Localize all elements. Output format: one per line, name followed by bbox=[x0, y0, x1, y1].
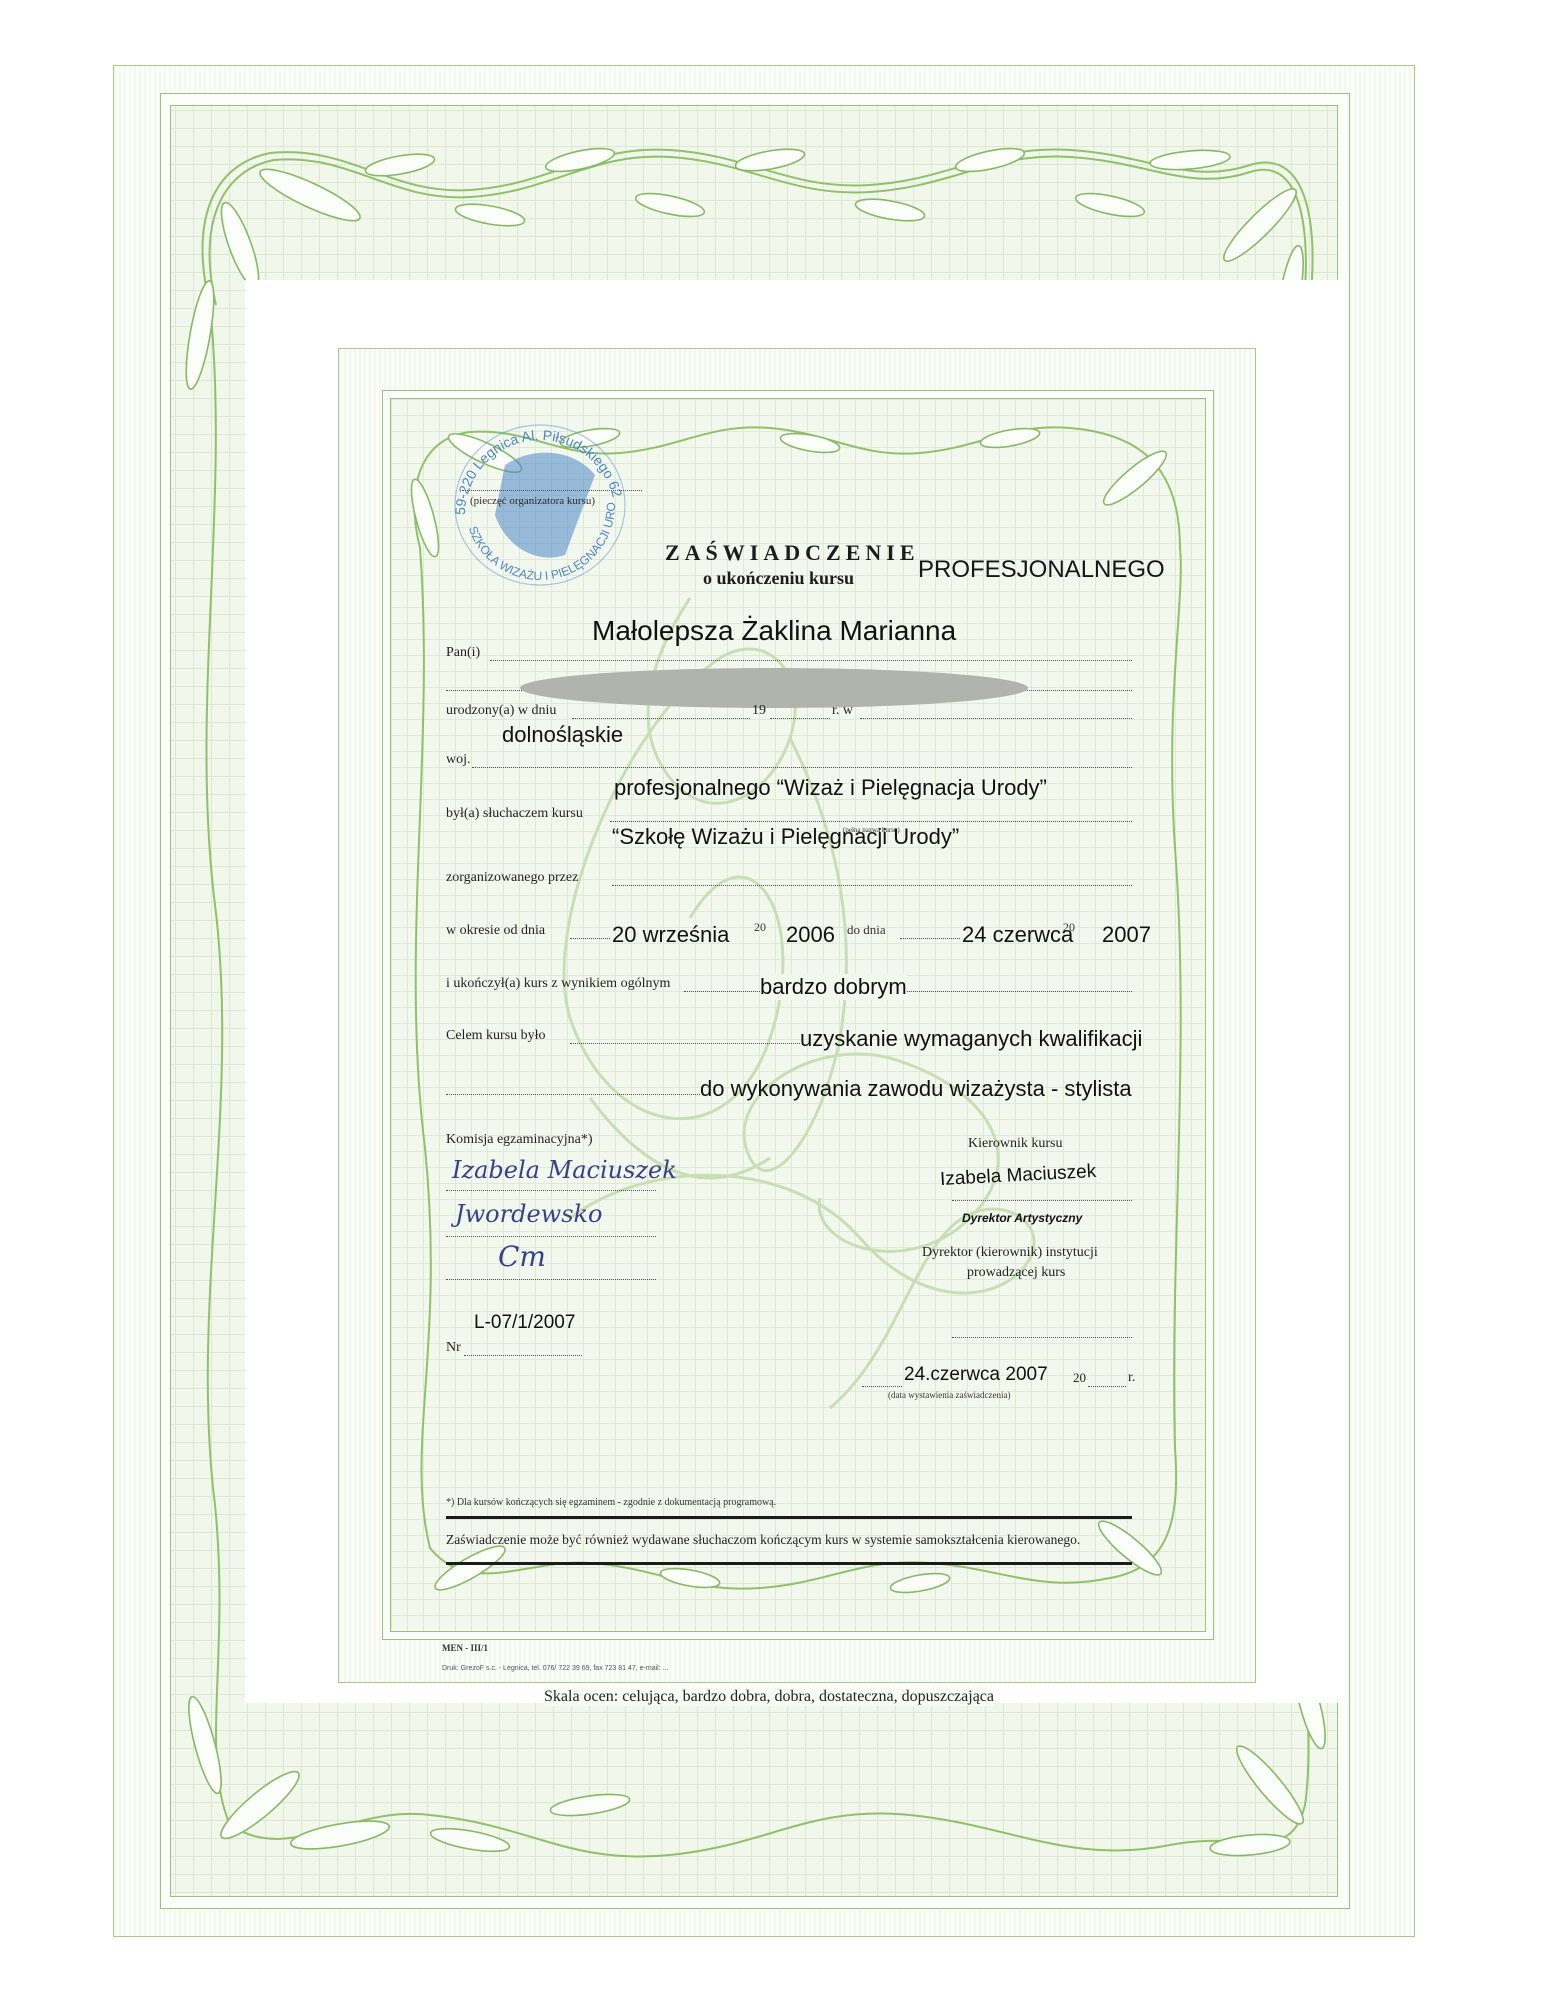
result-line bbox=[684, 991, 1132, 992]
form-code: MEN - III/1 bbox=[442, 1643, 488, 1653]
period-to-day: 24 czerwca bbox=[962, 922, 1073, 948]
birth-label: urodzony(a) w dniu bbox=[446, 703, 556, 719]
certificate-title: ZAŚWIADCZENIE bbox=[665, 540, 920, 566]
certificate-number-line bbox=[464, 1355, 582, 1356]
course-type: PROFESJONALNEGO bbox=[918, 556, 1165, 584]
course-label: był(a) słuchaczem kursu bbox=[446, 806, 583, 822]
period-from-prefix: 20 bbox=[754, 920, 766, 935]
issue-date-suffix: r. bbox=[1128, 1370, 1135, 1386]
birth-place-label: r. w bbox=[832, 703, 853, 719]
footnote: *) Dla kursów kończących się egzaminem -… bbox=[446, 1497, 776, 1508]
birth-date-line bbox=[572, 718, 750, 719]
issue-date-line bbox=[862, 1386, 902, 1387]
commission-signature-1: Izabela Maciuszek bbox=[452, 1156, 677, 1184]
organizer-line bbox=[612, 885, 1132, 886]
result-label: i ukończył(a) kurs z wynikiem ogólnym bbox=[446, 976, 670, 992]
goal-value-line2: do wykonywania zawodu wizażysta - stylis… bbox=[700, 1076, 1132, 1102]
period-from-year: 2006 bbox=[786, 922, 835, 948]
issue-date-line-2 bbox=[1088, 1386, 1126, 1387]
result-value: bardzo dobrym bbox=[760, 974, 907, 1000]
commission-label: Komisja egzaminacyjna*) bbox=[446, 1132, 593, 1148]
course-manager-role: Dyrektor Artystyczny bbox=[962, 1211, 1082, 1225]
notice-rule bbox=[446, 1562, 1132, 1565]
period-to-year: 2007 bbox=[1102, 922, 1151, 948]
director-label-2: prowadzącej kurs bbox=[967, 1265, 1065, 1281]
goal-line bbox=[570, 1043, 800, 1044]
commission-signature-3: Cm bbox=[498, 1240, 546, 1273]
period-label: w okresie od dnia bbox=[446, 923, 545, 939]
director-line bbox=[952, 1337, 1132, 1338]
course-value: profesjonalnego “Wizaż i Pielęgnacja Uro… bbox=[614, 775, 1047, 801]
notice-text: Zaświadczenie może być również wydawane … bbox=[446, 1532, 1080, 1548]
commission-line-1 bbox=[446, 1190, 656, 1191]
organizer-label: zorganizowanego przez bbox=[446, 870, 578, 886]
redaction-bar bbox=[520, 668, 1028, 708]
birth-year-line bbox=[770, 718, 830, 719]
period-from-line bbox=[570, 938, 610, 939]
issue-date-value: 24.czerwca 2007 bbox=[904, 1364, 1048, 1386]
certificate-number-label: Nr bbox=[446, 1340, 461, 1356]
stamp-dotted-line bbox=[462, 490, 642, 491]
name-value: Małolepsza Żaklina Marianna bbox=[592, 615, 956, 647]
goal-label: Celem kursu było bbox=[446, 1028, 546, 1044]
name-line bbox=[490, 660, 1132, 661]
period-to-line bbox=[900, 938, 960, 939]
issue-date-prefix: 20 bbox=[1073, 1370, 1086, 1386]
director-label-1: Dyrektor (kierownik) instytucji bbox=[922, 1245, 1098, 1261]
name-label: Pan(i) bbox=[446, 645, 480, 661]
commission-line-3 bbox=[446, 1279, 656, 1280]
printer-info: Druk: GrezoF s.c. - Legnica, tel. 076/ 7… bbox=[442, 1665, 668, 1672]
commission-signature-2: Jwordewsko bbox=[455, 1200, 603, 1228]
voivodeship-label: woj. bbox=[446, 752, 471, 768]
birth-year-prefix: 19 bbox=[752, 703, 766, 719]
period-to-label: do dnia bbox=[847, 922, 886, 938]
goal-value-line1: uzyskanie wymaganych kwalifikacji bbox=[800, 1026, 1142, 1052]
footnote-rule bbox=[446, 1516, 1132, 1519]
certificate-number-value: L-07/1/2007 bbox=[474, 1312, 575, 1334]
course-manager-label: Kierownik kursu bbox=[968, 1136, 1063, 1152]
period-from-day: 20 września bbox=[612, 922, 729, 948]
grading-scale: Skala ocen: celująca, bardzo dobra, dobr… bbox=[544, 1688, 994, 1706]
goal-line-2 bbox=[446, 1094, 700, 1095]
voivodeship-value: dolnośląskie bbox=[502, 722, 623, 748]
commission-line-2 bbox=[446, 1236, 656, 1237]
birth-place-line bbox=[860, 718, 1132, 719]
course-manager-line bbox=[952, 1200, 1132, 1201]
issue-date-label: (data wystawienia zaświadczenia) bbox=[888, 1390, 1010, 1400]
voivodeship-line bbox=[472, 767, 1132, 768]
certificate-subtitle: o ukończeniu kursu bbox=[703, 568, 854, 589]
course-line bbox=[610, 821, 1132, 822]
period-to-prefix: 20 bbox=[1063, 920, 1075, 935]
stamp-label: (pieczęć organizatora kursu) bbox=[470, 495, 595, 507]
organizer-value: “Szkołę Wizażu i Pielęgnacji Urody” bbox=[612, 824, 959, 850]
